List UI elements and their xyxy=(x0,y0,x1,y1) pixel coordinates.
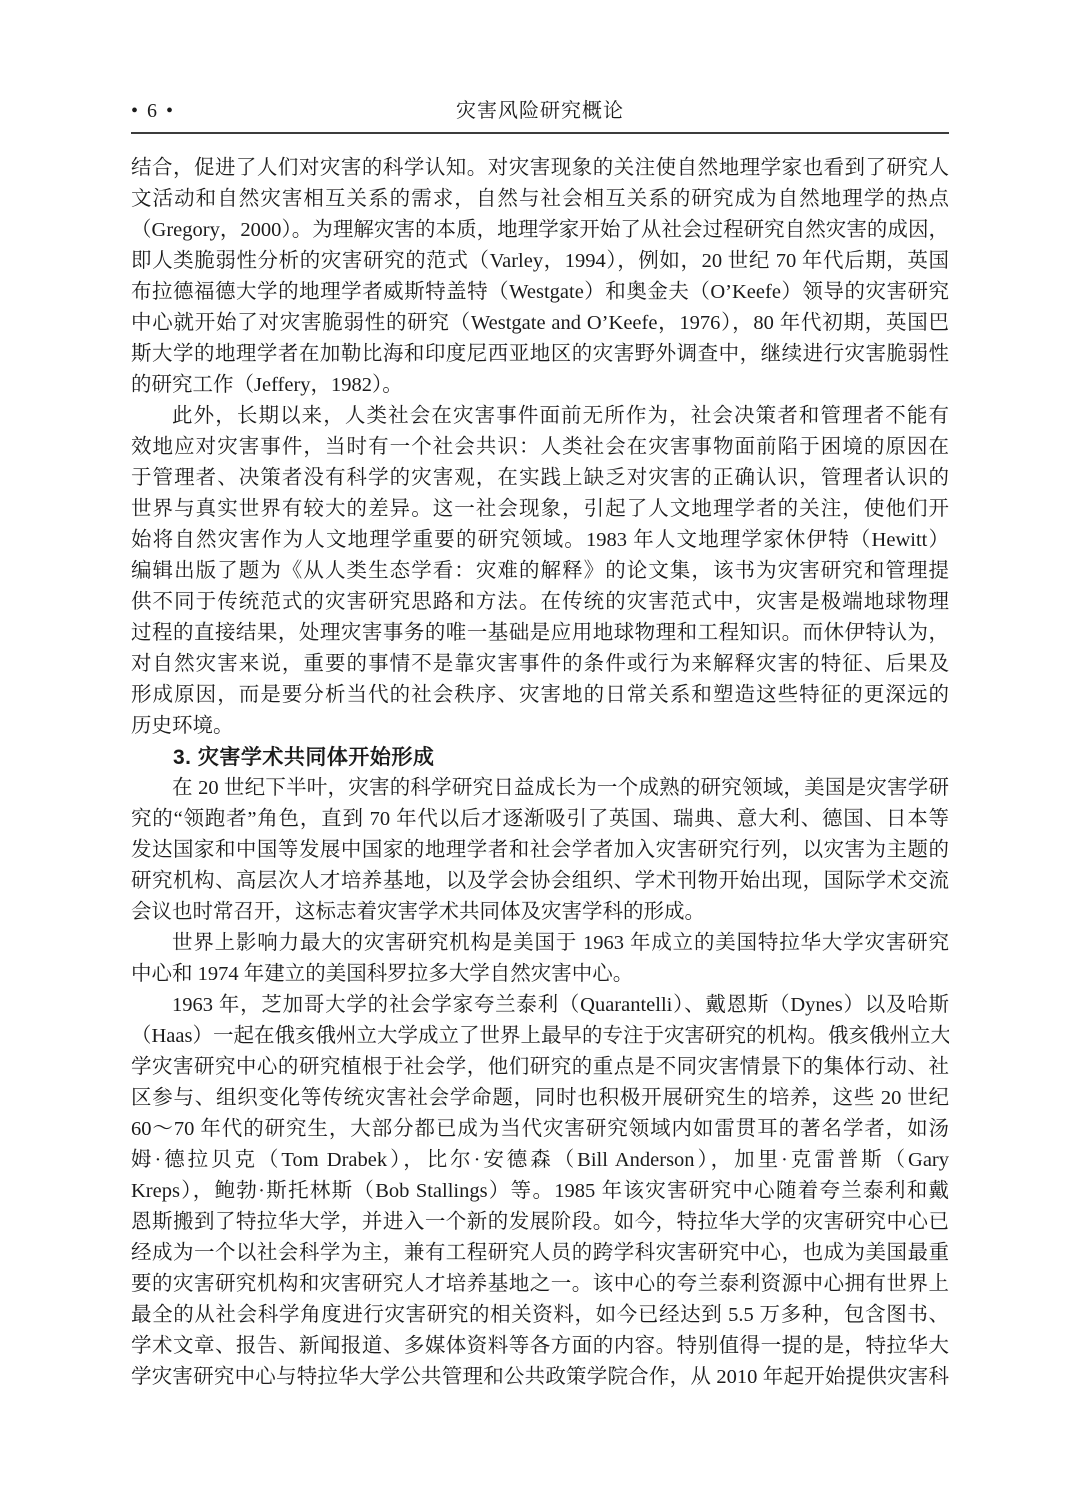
text-line: 供不同于传统范式的灾害研究思路和方法。在传统的灾害范式中，灾害是极端地球物理 xyxy=(131,587,949,618)
text-line: 文活动和自然灾害相互关系的需求，自然与社会相互关系的研究成为自然地理学的热点 xyxy=(131,184,949,215)
text-line: 此外，长期以来，人类社会在灾害事件面前无所作为，社会决策者和管理者不能有 xyxy=(131,401,949,432)
text-line: 会议也时常召开，这标志着灾害学术共同体及灾害学科的形成。 xyxy=(131,897,949,928)
text-line: 世界与真实世界有较大的差异。这一社会现象，引起了人文地理学者的关注，使他们开 xyxy=(131,494,949,525)
paragraph-continuation: 结合，促进了人们对灾害的科学认知。对灾害现象的关注使自然地理学家也看到了研究人文… xyxy=(131,153,949,401)
text-line: 学灾害研究中心与特拉华大学公共管理和公共政策学院合作，从 2010 年起开始提供… xyxy=(131,1362,949,1393)
text-line: 3. 灾害学术共同体开始形成 xyxy=(131,742,949,773)
text-line: 研究机构、高层次人才培养基地，以及学会协会组织、学术刊物开始出现，国际学术交流 xyxy=(131,866,949,897)
body-text: 结合，促进了人们对灾害的科学认知。对灾害现象的关注使自然地理学家也看到了研究人文… xyxy=(131,153,949,1393)
text-line: 即人类脆弱性分析的灾害研究的范式（Varley，1994），例如，20 世纪 7… xyxy=(131,246,949,277)
text-line: 区参与、组织变化等传统灾害社会学命题，同时也积极开展研究生的培养，这些 20 世… xyxy=(131,1083,949,1114)
section-heading-3: 3. 灾害学术共同体开始形成 xyxy=(131,742,949,773)
text-line: 形成原因，而是要分析当代的社会秩序、灾害地的日常关系和塑造这些特征的更深远的 xyxy=(131,680,949,711)
text-line: 学术文章、报告、新闻报道、多媒体资料等各方面的内容。特别值得一提的是，特拉华大 xyxy=(131,1331,949,1362)
book-page: • 6 • 灾害风险研究概论 结合，促进了人们对灾害的科学认知。对灾害现象的关注… xyxy=(0,0,1080,1488)
text-line: 学灾害研究中心的研究植根于社会学，他们研究的重点是不同灾害情景下的集体行动、社 xyxy=(131,1052,949,1083)
text-line: 效地应对灾害事件，当时有一个社会共识：人类社会在灾害事物面前陷于困境的原因在 xyxy=(131,432,949,463)
text-line: 60～70 年代的研究生，大部分都已成为当代灾害研究领域内如雷贯耳的著名学者，如… xyxy=(131,1114,949,1145)
text-line: （Haas）一起在俄亥俄州立大学成立了世界上最早的专注于灾害研究的机构。俄亥俄州… xyxy=(131,1021,949,1052)
text-line: 斯大学的地理学者在加勒比海和印度尼西亚地区的灾害野外调查中，继续进行灾害脆弱性 xyxy=(131,339,949,370)
text-line: 要的灾害研究机构和灾害研究人才培养基地之一。该中心的夸兰泰利资源中心拥有世界上 xyxy=(131,1269,949,1300)
text-line: 究的“领跑者”角色，直到 70 年代以后才逐渐吸引了英国、瑞典、意大利、德国、日… xyxy=(131,804,949,835)
page-number: • 6 • xyxy=(131,100,175,123)
text-line: 恩斯搬到了特拉华大学，并进入一个新的发展阶段。如今，特拉华大学的灾害研究中心已 xyxy=(131,1207,949,1238)
text-line: 中心就开始了对灾害脆弱性的研究（Westgate and O’Keefe，197… xyxy=(131,308,949,339)
text-line: 在 20 世纪下半叶，灾害的科学研究日益成长为一个成熟的研究领域，美国是灾害学研 xyxy=(131,773,949,804)
text-line: 历史环境。 xyxy=(131,711,949,742)
text-line: 结合，促进了人们对灾害的科学认知。对灾害现象的关注使自然地理学家也看到了研究人 xyxy=(131,153,949,184)
text-line: 姆·德拉贝克（Tom Drabek），比尔·安德森（Bill Anderson）… xyxy=(131,1145,949,1176)
page-header: • 6 • 灾害风险研究概论 xyxy=(131,94,949,134)
paragraph-1963-drc-history: 1963 年，芝加哥大学的社会学家夸兰泰利（Quarantelli）、戴恩斯（D… xyxy=(131,990,949,1393)
text-line: 布拉德福德大学的地理学者威斯特盖特（Westgate）和奥金夫（O’Keefe）… xyxy=(131,277,949,308)
text-line: 经成为一个以社会科学为主，兼有工程研究人员的跨学科灾害研究中心，也成为美国最重 xyxy=(131,1238,949,1269)
text-line: 最全的从社会科学角度进行灾害研究的相关资料，如今已经达到 5.5 万多种，包含图… xyxy=(131,1300,949,1331)
text-line: 的研究工作（Jeffery，1982）。 xyxy=(131,370,949,401)
text-line: 世界上影响力最大的灾害研究机构是美国于 1963 年成立的美国特拉华大学灾害研究 xyxy=(131,928,949,959)
paragraph-influential-institutes: 世界上影响力最大的灾害研究机构是美国于 1963 年成立的美国特拉华大学灾害研究… xyxy=(131,928,949,990)
text-line: 过程的直接结果，处理灾害事务的唯一基础是应用地球物理和工程知识。而休伊特认为， xyxy=(131,618,949,649)
text-line: 编辑出版了题为《从人类生态学看：灾难的解释》的论文集，该书为灾害研究和管理提 xyxy=(131,556,949,587)
text-line: 发达国家和中国等发展中国家的地理学者和社会学者加入灾害研究行列，以灾害为主题的 xyxy=(131,835,949,866)
text-line: 对自然灾害来说，重要的事情不是靠灾害事件的条件或行为来解释灾害的特征、后果及 xyxy=(131,649,949,680)
text-line: 于管理者、决策者没有科学的灾害观，在实践上缺乏对灾害的正确认识，管理者认识的 xyxy=(131,463,949,494)
text-line: （Gregory，2000）。为理解灾害的本质，地理学家开始了从社会过程研究自然… xyxy=(131,215,949,246)
paragraph-community-formation: 在 20 世纪下半叶，灾害的科学研究日益成长为一个成熟的研究领域，美国是灾害学研… xyxy=(131,773,949,928)
paragraph-social-consensus: 此外，长期以来，人类社会在灾害事件面前无所作为，社会决策者和管理者不能有效地应对… xyxy=(131,401,949,742)
running-title: 灾害风险研究概论 xyxy=(456,94,624,123)
text-line: 始将自然灾害作为人文地理学重要的研究领域。1983 年人文地理学家休伊特（Hew… xyxy=(131,525,949,556)
text-line: 中心和 1974 年建立的美国科罗拉多大学自然灾害中心。 xyxy=(131,959,949,990)
text-line: Kreps），鲍勃·斯托林斯（Bob Stallings）等。1985 年该灾害… xyxy=(131,1176,949,1207)
text-line: 1963 年，芝加哥大学的社会学家夸兰泰利（Quarantelli）、戴恩斯（D… xyxy=(131,990,949,1021)
